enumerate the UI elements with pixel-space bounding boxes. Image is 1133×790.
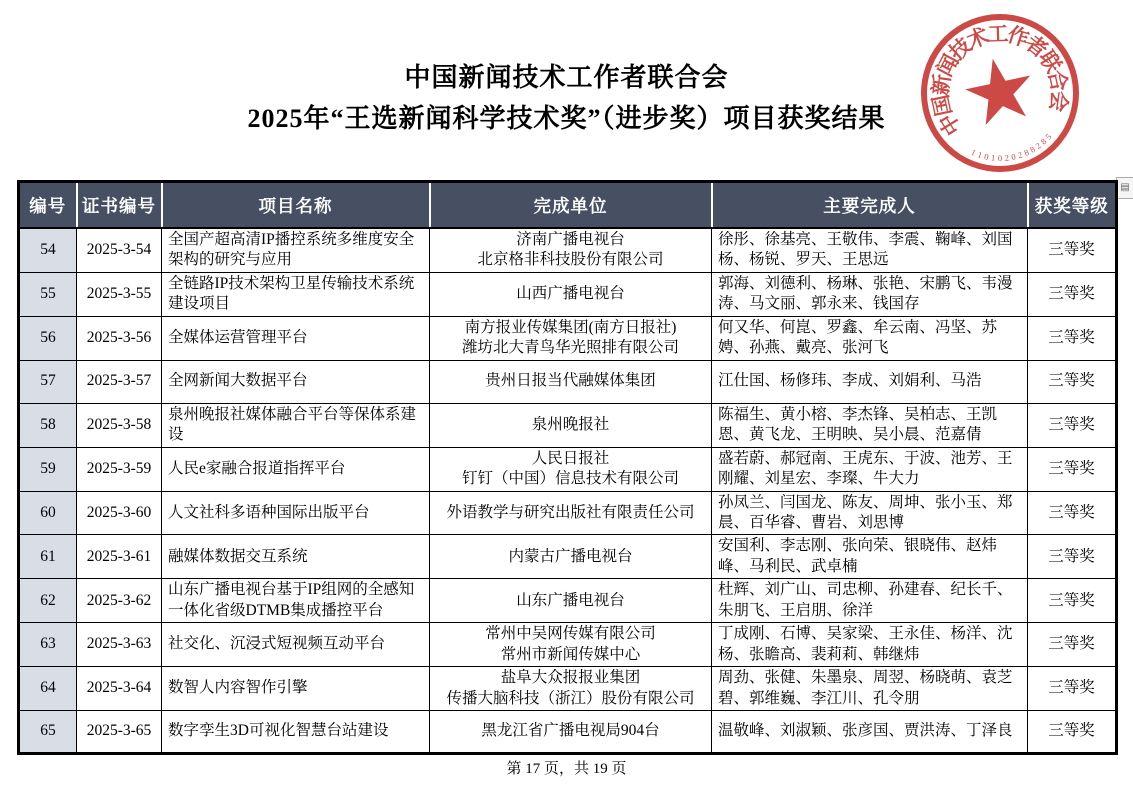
certificate-number-cell: 2025-3-62 xyxy=(77,579,162,623)
table-header-row: 编号证书编号项目名称完成单位主要完成人获奖等级 xyxy=(19,182,1117,229)
unit-line: 内蒙古广播电视台 xyxy=(436,547,705,567)
project-name-cell: 全国产超高清IP播控系统多维度安全架构的研究与应用 xyxy=(162,228,430,272)
project-name-cell: 融媒体数据交互系统 xyxy=(162,535,430,579)
certificate-number-cell: 2025-3-56 xyxy=(77,316,162,360)
unit-line: 外语教学与研究出版社有限责任公司 xyxy=(436,503,705,523)
seal-number-digit: 2 xyxy=(1034,140,1043,151)
main-contributors-cell: 周劲、张健、朱墨泉、周翌、杨晓萌、袁芝碧、郭维巍、李江川、孔令朋 xyxy=(712,667,1028,711)
row-number-cell: 56 xyxy=(19,316,77,360)
certificate-number-cell: 2025-3-58 xyxy=(77,403,162,447)
unit-line: 黑龙江省广播电视局904台 xyxy=(436,721,705,741)
main-contributors-cell: 杜辉、刘广山、司忠柳、孙建春、纪长千、朱朋飞、王启朋、徐洋 xyxy=(712,579,1028,623)
main-contributors-cell: 盛若蔚、郝冠南、王虎东、于波、池芳、王刚耀、刘星宏、李璨、牛大力 xyxy=(712,447,1028,491)
main-contributors-cell: 江仕国、杨修玮、李成、刘娟利、马浩 xyxy=(712,360,1028,403)
project-name-cell: 全链路IP技术架构卫星传输技术系统建设项目 xyxy=(162,272,430,316)
unit-line: 钉钉（中国）信息技术有限公司 xyxy=(436,469,705,489)
unit-line: 山东广播电视台 xyxy=(436,591,705,611)
certificate-number-cell: 2025-3-57 xyxy=(77,360,162,403)
row-number-cell: 63 xyxy=(19,623,77,667)
table-row: 562025-3-56全媒体运营管理平台南方报业传媒集团(南方日报社)潍坊北大青… xyxy=(19,316,1117,360)
document-title: 中国新闻技术工作者联合会 2025年“王选新闻科学技术奖”（进步奖）项目获奖结果 xyxy=(0,57,1133,139)
table-row: 632025-3-63社交化、沉浸式短视频互动平台常州中吴网传媒有限公司常州市新… xyxy=(19,623,1117,667)
column-header: 项目名称 xyxy=(162,182,430,229)
table-row: 642025-3-64数智人内容智作引擎盐阜大众报报业集团传播大脑科技（浙江）股… xyxy=(19,667,1117,711)
main-contributors-cell: 孙凤兰、闫国龙、陈友、周坤、张小玉、郑晨、百华睿、曹岩、刘思博 xyxy=(712,491,1028,535)
column-header: 完成单位 xyxy=(430,182,712,229)
project-name-cell: 山东广播电视台基于IP组网的全感知一体化省级DTMB集成播控平台 xyxy=(162,579,430,623)
award-level-cell: 三等奖 xyxy=(1028,403,1117,447)
award-level-cell: 三等奖 xyxy=(1028,535,1117,579)
award-level-cell: 三等奖 xyxy=(1028,228,1117,272)
seal-ring-char: 作 xyxy=(1005,22,1032,51)
row-number-cell: 55 xyxy=(19,272,77,316)
completing-unit-cell: 盐阜大众报报业集团传播大脑科技（浙江）股份有限公司 xyxy=(430,667,712,711)
seal-number-digit: 1 xyxy=(976,149,983,160)
seal-number-digit: 2 xyxy=(1017,149,1024,160)
seal-ring-char: 术 xyxy=(963,23,992,53)
main-contributors-cell: 郭海、刘德利、杨琳、张艳、宋鹏飞、韦漫涛、马文丽、郭永来、钱国存 xyxy=(712,272,1028,316)
unit-line: 盐阜大众报报业集团 xyxy=(436,668,705,688)
table-row: 572025-3-57全网新闻大数据平台贵州日报当代融媒体集团江仕国、杨修玮、李… xyxy=(19,360,1117,403)
main-contributors-cell: 丁成刚、石博、吴家梁、王永佳、杨洋、沈杨、张瞻高、裴莉莉、韩继炜 xyxy=(712,623,1028,667)
unit-line: 南方报业传媒集团(南方日报社) xyxy=(436,318,705,338)
row-number-cell: 59 xyxy=(19,447,77,491)
main-contributors-cell: 安国利、李志刚、张向荣、银晓伟、赵炜峰、马利民、武卓楠 xyxy=(712,535,1028,579)
certificate-number-cell: 2025-3-61 xyxy=(77,535,162,579)
completing-unit-cell: 常州中吴网传媒有限公司常州市新闻传媒中心 xyxy=(430,623,712,667)
unit-line: 人民日报社 xyxy=(436,449,705,469)
award-level-cell: 三等奖 xyxy=(1028,711,1117,754)
table-row: 622025-3-62山东广播电视台基于IP组网的全感知一体化省级DTMB集成播… xyxy=(19,579,1117,623)
project-name-cell: 泉州晚报社媒体融合平台等保体系建设 xyxy=(162,403,430,447)
row-number-cell: 61 xyxy=(19,535,77,579)
completing-unit-cell: 人民日报社钉钉（中国）信息技术有限公司 xyxy=(430,447,712,491)
unit-line: 贵州日报当代融媒体集团 xyxy=(436,371,705,391)
certificate-number-cell: 2025-3-54 xyxy=(77,228,162,272)
unit-line: 常州市新闻传媒中心 xyxy=(436,645,705,665)
certificate-number-cell: 2025-3-60 xyxy=(77,491,162,535)
completing-unit-cell: 泉州晚报社 xyxy=(430,403,712,447)
project-name-cell: 全网新闻大数据平台 xyxy=(162,360,430,403)
completing-unit-cell: 南方报业传媒集团(南方日报社)潍坊北大青鸟华光照排有限公司 xyxy=(430,316,712,360)
table-row: 652025-3-65数字孪生3D可视化智慧台站建设黑龙江省广播电视局904台温… xyxy=(19,711,1117,754)
column-header: 编号 xyxy=(19,182,77,229)
table-row: 592025-3-59人民e家融合报道指挥平台人民日报社钉钉（中国）信息技术有限… xyxy=(19,447,1117,491)
table-row: 552025-3-55全链路IP技术架构卫星传输技术系统建设项目山西广播电视台郭… xyxy=(19,272,1117,316)
seal-number-digit: 8 xyxy=(1028,144,1037,155)
title-line-2: 2025年“王选新闻科学技术奖”（进步奖）项目获奖结果 xyxy=(0,98,1133,139)
award-level-cell: 三等奖 xyxy=(1028,316,1117,360)
completing-unit-cell: 内蒙古广播电视台 xyxy=(430,535,712,579)
row-number-cell: 65 xyxy=(19,711,77,754)
award-level-cell: 三等奖 xyxy=(1028,360,1117,403)
paste-options-icon[interactable]: ▤ xyxy=(1116,177,1133,199)
table-row: 582025-3-58泉州晚报社媒体融合平台等保体系建设泉州晚报社陈福生、黄小榕… xyxy=(19,403,1117,447)
project-name-cell: 全媒体运营管理平台 xyxy=(162,316,430,360)
award-level-cell: 三等奖 xyxy=(1028,623,1117,667)
row-number-cell: 57 xyxy=(19,360,77,403)
award-level-cell: 三等奖 xyxy=(1028,491,1117,535)
seal-number-digit: 0 xyxy=(1010,151,1016,162)
project-name-cell: 人文社科多语种国际出版平台 xyxy=(162,491,430,535)
certificate-number-cell: 2025-3-55 xyxy=(77,272,162,316)
award-level-cell: 三等奖 xyxy=(1028,667,1117,711)
unit-line: 传播大脑科技（浙江）股份有限公司 xyxy=(436,689,705,709)
row-number-cell: 58 xyxy=(19,403,77,447)
unit-line: 潍坊北大青鸟华光照排有限公司 xyxy=(436,338,705,358)
unit-line: 泉州晚报社 xyxy=(436,415,705,435)
certificate-number-cell: 2025-3-63 xyxy=(77,623,162,667)
awards-table: 编号证书编号项目名称完成单位主要完成人获奖等级 542025-3-54全国产超高… xyxy=(17,180,1118,755)
title-line-1: 中国新闻技术工作者联合会 xyxy=(0,57,1133,98)
award-level-cell: 三等奖 xyxy=(1028,447,1117,491)
seal-number-digit: 0 xyxy=(998,153,1002,163)
completing-unit-cell: 外语教学与研究出版社有限责任公司 xyxy=(430,491,712,535)
unit-line: 济南广播电视台 xyxy=(436,230,705,250)
award-level-cell: 三等奖 xyxy=(1028,272,1117,316)
row-number-cell: 64 xyxy=(19,667,77,711)
seal-number-digit: 1 xyxy=(970,147,978,158)
main-contributors-cell: 陈福生、黄小榕、李杰锋、吴柏志、王凯恩、黄飞龙、王明映、吴小晨、范嘉倩 xyxy=(712,403,1028,447)
row-number-cell: 60 xyxy=(19,491,77,535)
column-header: 获奖等级 xyxy=(1028,182,1117,229)
seal-number-digit: 0 xyxy=(983,151,989,162)
seal-ring-char: 工 xyxy=(987,22,1009,47)
table-row: 612025-3-61融媒体数据交互系统内蒙古广播电视台安国利、李志刚、张向荣、… xyxy=(19,535,1117,579)
completing-unit-cell: 贵州日报当代融媒体集团 xyxy=(430,360,712,403)
completing-unit-cell: 济南广播电视台北京格非科技股份有限公司 xyxy=(430,228,712,272)
table-row: 542025-3-54全国产超高清IP播控系统多维度安全架构的研究与应用济南广播… xyxy=(19,228,1117,272)
unit-line: 常州中吴网传媒有限公司 xyxy=(436,624,705,644)
project-name-cell: 人民e家融合报道指挥平台 xyxy=(162,447,430,491)
project-name-cell: 数智人内容智作引擎 xyxy=(162,667,430,711)
certificate-number-cell: 2025-3-64 xyxy=(77,667,162,711)
main-contributors-cell: 温敬峰、刘淑颖、张彦国、贾洪涛、丁泽良 xyxy=(712,711,1028,754)
main-contributors-cell: 徐彤、徐基亮、王敬伟、李震、鞠峰、刘国杨、杨锐、罗天、王思远 xyxy=(712,228,1028,272)
project-name-cell: 数字孪生3D可视化智慧台站建设 xyxy=(162,711,430,754)
unit-line: 北京格非科技股份有限公司 xyxy=(436,250,705,270)
page-indicator: 第 17 页，共 19 页 xyxy=(0,757,1133,778)
seal-number-digit: 2 xyxy=(1004,152,1009,162)
project-name-cell: 社交化、沉浸式短视频互动平台 xyxy=(162,623,430,667)
column-header: 证书编号 xyxy=(77,182,162,229)
completing-unit-cell: 山东广播电视台 xyxy=(430,579,712,623)
column-header: 主要完成人 xyxy=(712,182,1028,229)
row-number-cell: 54 xyxy=(19,228,77,272)
completing-unit-cell: 山西广播电视台 xyxy=(430,272,712,316)
completing-unit-cell: 黑龙江省广播电视局904台 xyxy=(430,711,712,754)
seal-number-digit: 8 xyxy=(1022,147,1030,158)
row-number-cell: 62 xyxy=(19,579,77,623)
unit-line: 山西广播电视台 xyxy=(436,284,705,304)
main-contributors-cell: 何又华、何崑、罗鑫、牟云南、冯坚、苏娉、孙燕、戴亮、张河飞 xyxy=(712,316,1028,360)
seal-number-digit: 1 xyxy=(991,152,996,162)
award-level-cell: 三等奖 xyxy=(1028,579,1117,623)
certificate-number-cell: 2025-3-65 xyxy=(77,711,162,754)
certificate-number-cell: 2025-3-59 xyxy=(77,447,162,491)
table-row: 602025-3-60人文社科多语种国际出版平台外语教学与研究出版社有限责任公司… xyxy=(19,491,1117,535)
